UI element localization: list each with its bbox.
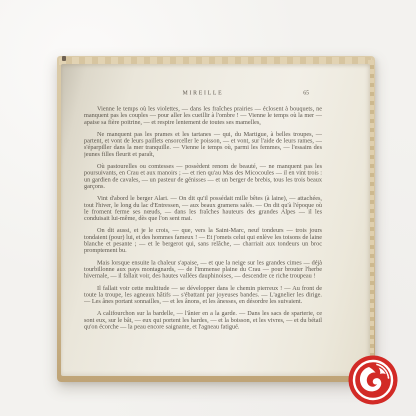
stanza-paragraph: A califourchon sur la bardelle, — l'ânie… xyxy=(84,310,322,330)
stanza-paragraph: Il fallait voir cette multitude — se dév… xyxy=(84,285,322,305)
stanza-paragraph: Ne manquent pas les prames et les tartan… xyxy=(84,131,322,158)
running-title: MIREILLE xyxy=(84,90,322,97)
red-seal-icon xyxy=(347,354,399,406)
stanza-paragraph: On dit aussi, et je le crois, — que, ver… xyxy=(84,227,322,254)
page-number: 65 xyxy=(303,90,309,97)
printed-text-block: MIREILLE 65 Vienne le temps où les viole… xyxy=(84,90,322,362)
book: MIREILLE 65 Vienne le temps où les viole… xyxy=(57,56,375,382)
page-header: MIREILLE 65 xyxy=(84,90,322,99)
stanza-paragraph: Vint d'abord le berger Alari. — On dit q… xyxy=(84,195,322,222)
stanza-paragraph: Mais lorsque ensuite la chaleur s'apaise… xyxy=(84,259,322,279)
book-spine-notch xyxy=(62,56,66,61)
stanza-paragraph: Vienne le temps où les violettes, — dans… xyxy=(84,106,322,126)
stanza-paragraph: Où pastourelles ou comtesses — possèdent… xyxy=(84,163,322,190)
red-seal-logo xyxy=(347,354,399,406)
book-page: MIREILLE 65 Vienne le temps où les viole… xyxy=(61,64,370,376)
